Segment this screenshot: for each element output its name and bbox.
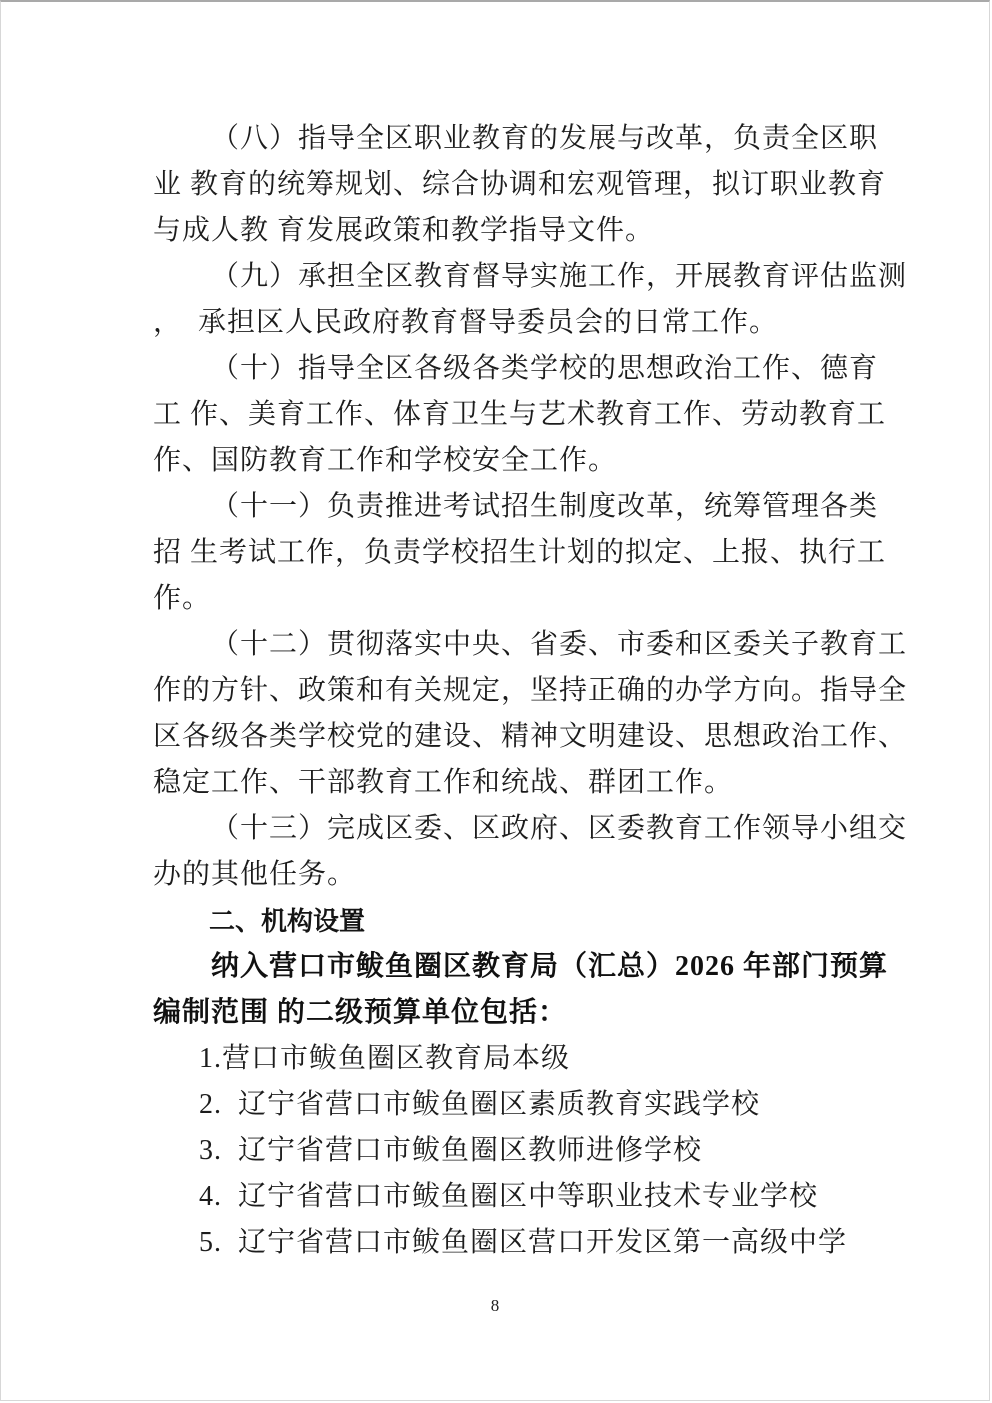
budget-unit-item: 5. 辽宁省营口市鲅鱼圈区营口开发区第一高级中学 (153, 1220, 853, 1266)
paragraph-duty-13: （十三）完成区委、区政府、区委教育工作领导小组交 办的其他任务。 (153, 806, 853, 898)
text-line: （十一）负责推进考试招生制度改革，统筹管理各类 (153, 484, 853, 530)
page-number: 8 (1, 1296, 989, 1316)
text-line: 编制范围 的二级预算单位包括： (153, 990, 853, 1036)
text-line: （十二）贯彻落实中央、省委、市委和区委关子教育工 (153, 622, 853, 668)
text-line: 办的其他任务。 (153, 852, 853, 898)
budget-unit-item: 1.营口市鲅鱼圈区教育局本级 (153, 1036, 853, 1082)
text-line: 纳入营口市鲅鱼圈区教育局（汇总）2026 年部门预算 (153, 944, 853, 990)
text-line: （八）指导全区职业教育的发展与改革，负责全区职 (153, 116, 853, 162)
text-line: 作。 (153, 576, 853, 622)
text-line: 业 教育的统筹规划、综合协调和宏观管理，拟订职业教育 (153, 162, 853, 208)
budget-unit-item: 2. 辽宁省营口市鲅鱼圈区素质教育实践学校 (153, 1082, 853, 1128)
text-line: 作、国防教育工作和学校安全工作。 (153, 438, 853, 484)
text-line: 工 作、美育工作、体育卫生与艺术教育工作、劳动教育工 (153, 392, 853, 438)
paragraph-duty-9: （九）承担全区教育督导实施工作，开展教育评估监测 ， 承担区人民政府教育督导委员… (153, 254, 853, 346)
paragraph-budget-scope: 纳入营口市鲅鱼圈区教育局（汇总）2026 年部门预算 编制范围 的二级预算单位包… (153, 944, 853, 1036)
text-line: 与成人教 育发展政策和教学指导文件。 (153, 208, 853, 254)
paragraph-duty-12: （十二）贯彻落实中央、省委、市委和区委关子教育工 作的方针、政策和有关规定，坚持… (153, 622, 853, 806)
paragraph-duty-10: （十）指导全区各级各类学校的思想政治工作、德育 工 作、美育工作、体育卫生与艺术… (153, 346, 853, 484)
paragraph-duty-11: （十一）负责推进考试招生制度改革，统筹管理各类 招 生考试工作，负责学校招生计划… (153, 484, 853, 622)
document-body: （八）指导全区职业教育的发展与改革，负责全区职 业 教育的统筹规划、综合协调和宏… (153, 116, 853, 1266)
text-line: 作的方针、政策和有关规定，坚持正确的办学方向。指导全 (153, 668, 853, 714)
text-line: （十三）完成区委、区政府、区委教育工作领导小组交 (153, 806, 853, 852)
text-line: 区各级各类学校党的建设、精神文明建设、思想政治工作、 (153, 714, 853, 760)
text-line: ， 承担区人民政府教育督导委员会的日常工作。 (153, 300, 853, 346)
text-line: （十）指导全区各级各类学校的思想政治工作、德育 (153, 346, 853, 392)
budget-unit-item: 3. 辽宁省营口市鲅鱼圈区教师进修学校 (153, 1128, 853, 1174)
paragraph-duty-8: （八）指导全区职业教育的发展与改革，负责全区职 业 教育的统筹规划、综合协调和宏… (153, 116, 853, 254)
text-line: 稳定工作、干部教育工作和统战、群团工作。 (153, 760, 853, 806)
text-line: 招 生考试工作，负责学校招生计划的拟定、上报、执行工 (153, 530, 853, 576)
document-page: （八）指导全区职业教育的发展与改革，负责全区职 业 教育的统筹规划、综合协调和宏… (0, 0, 990, 1401)
budget-unit-item: 4. 辽宁省营口市鲅鱼圈区中等职业技术专业学校 (153, 1174, 853, 1220)
section-heading-organization: 二、机构设置 (153, 898, 853, 944)
text-line: （九）承担全区教育督导实施工作，开展教育评估监测 (153, 254, 853, 300)
